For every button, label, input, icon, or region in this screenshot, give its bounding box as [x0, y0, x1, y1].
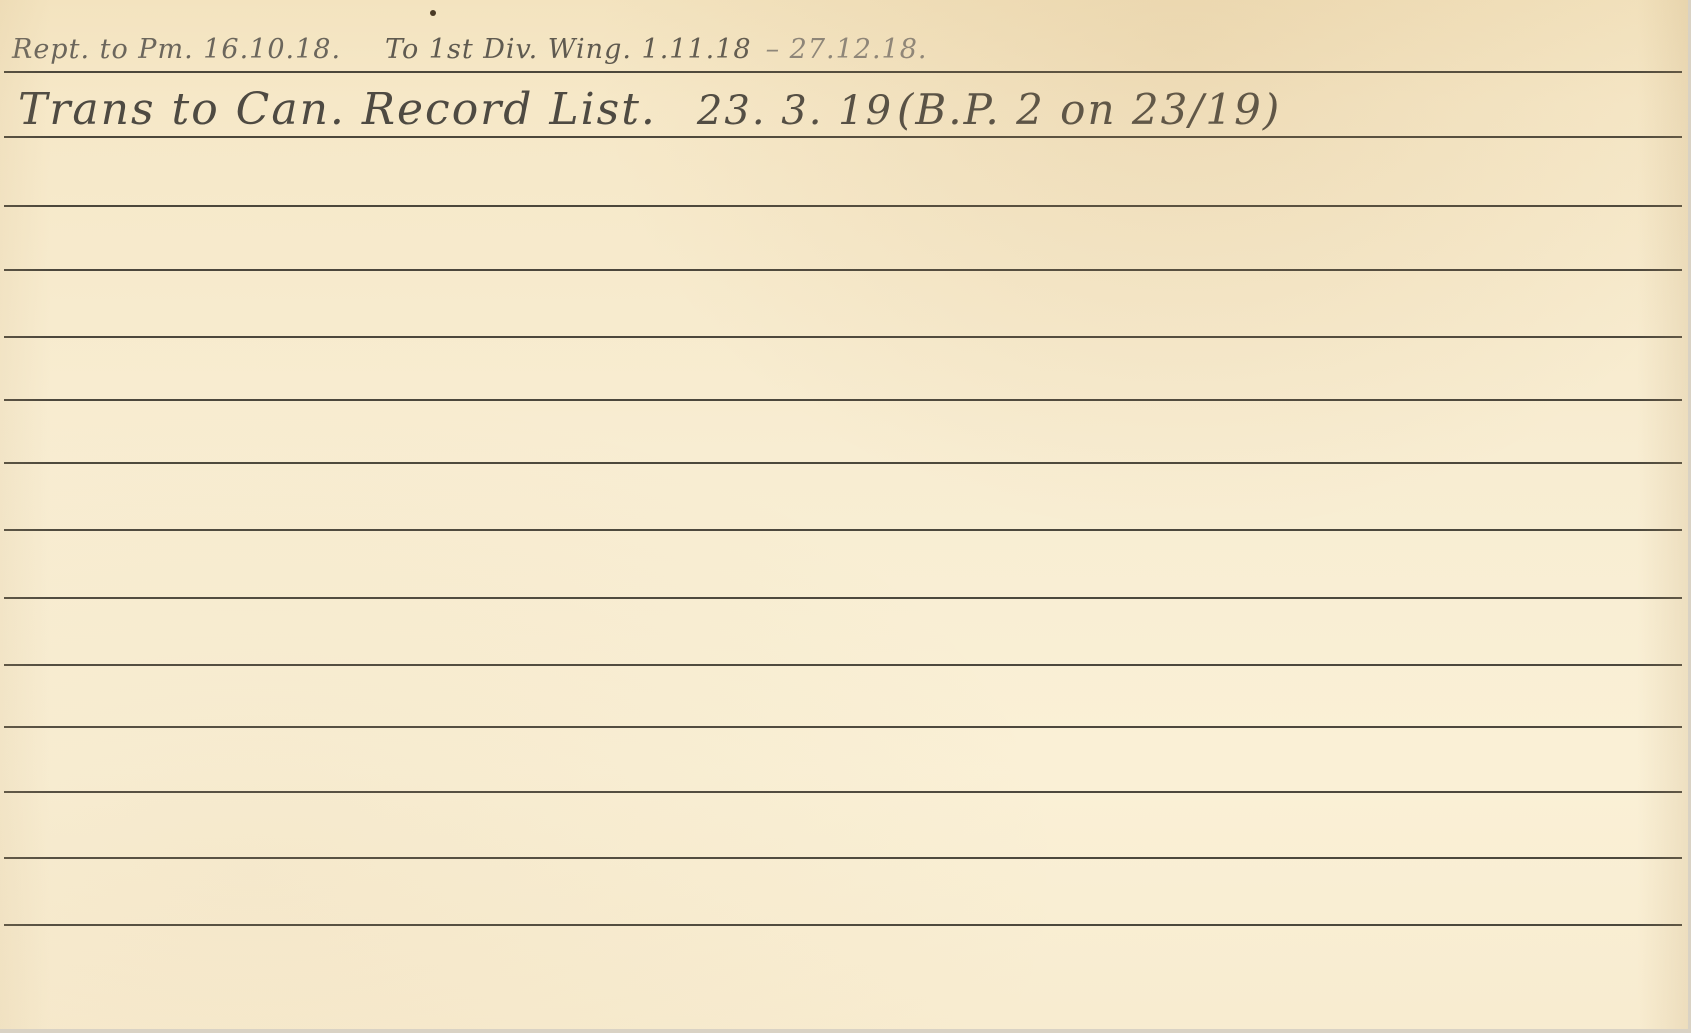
record-card: Rept. to Pm. 16.10.18.To 1st Div. Wing. … [0, 0, 1688, 1029]
ruled-line [4, 136, 1682, 138]
ruled-line [4, 529, 1682, 531]
entry-2-transfer: Trans to Can. Record List. [18, 84, 657, 135]
ruled-line [4, 462, 1682, 464]
ruled-line [4, 597, 1682, 599]
ruled-line [4, 71, 1682, 73]
handwritten-entry-2: Trans to Can. Record List.23. 3. 19(B.P.… [18, 84, 1281, 135]
ruled-line [4, 664, 1682, 666]
handwritten-entry-1: Rept. to Pm. 16.10.18.To 1st Div. Wing. … [12, 34, 927, 65]
ruled-line [4, 399, 1682, 401]
ink-speck [430, 10, 436, 16]
entry-2-reference: (B.P. 2 on 23/19) [897, 85, 1281, 134]
entry-1-end-date: – 27.12.18. [766, 34, 928, 65]
ruled-line [4, 857, 1682, 859]
ruled-line [4, 205, 1682, 207]
ruled-line [4, 269, 1682, 271]
entry-1-report: Rept. to Pm. 16.10.18. [12, 34, 341, 65]
entry-2-date: 23. 3. 19 [697, 88, 893, 134]
entry-1-division-wing: To 1st Div. Wing. 1.11.18 [385, 34, 752, 65]
ruled-line [4, 726, 1682, 728]
ruled-line [4, 791, 1682, 793]
ruled-line [4, 336, 1682, 338]
ruled-line [4, 924, 1682, 926]
